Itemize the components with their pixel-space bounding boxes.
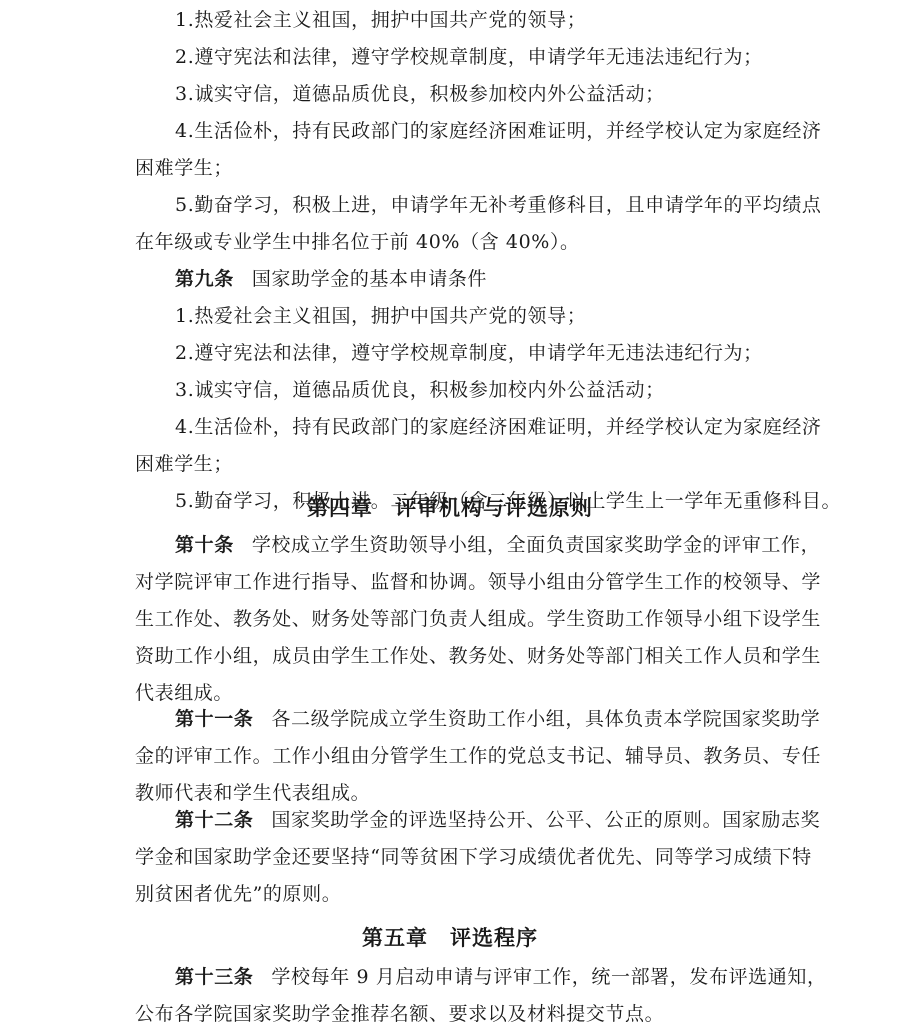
document-page: 1.热爱社会主义祖国，拥护中国共产党的领导；2.遵守宪法和法律，遵守学校规章制度… xyxy=(0,0,900,1031)
article9-text: 国家助学金的基本申请条件 xyxy=(252,268,487,290)
chapter4-heading: 第四章评审机构与评选原则 xyxy=(0,495,900,521)
article9-label: 第九条 xyxy=(175,268,234,290)
chapter4-title: 评审机构与评选原则 xyxy=(395,496,593,520)
paragraph-line: 4.生活俭朴，持有民政部门的家庭经济困难证明，并经学校认定为家庭经济 xyxy=(175,119,815,143)
chapter4-number: 第四章 xyxy=(307,496,373,520)
paragraph-line: 1.热爱社会主义祖国，拥护中国共产党的领导； xyxy=(175,304,815,328)
article11-first-line: 第十一条各二级学院成立学生资助工作小组，具体负责本学院国家奖助学 xyxy=(175,707,815,731)
chapter5-title: 评选程序 xyxy=(450,926,538,950)
paragraph-line: 1.热爱社会主义祖国，拥护中国共产党的领导； xyxy=(175,8,815,32)
paragraph-line: 教师代表和学生代表组成。 xyxy=(135,781,775,805)
article13-first-line: 第十三条学校每年 9 月启动申请与评审工作，统一部署，发布评选通知， xyxy=(175,965,815,989)
paragraph-line: 公布各学院国家奖助学金推荐名额、要求以及材料提交节点。 xyxy=(135,1002,775,1026)
article10-first-line: 第十条学校成立学生资助领导小组，全面负责国家奖助学金的评审工作， xyxy=(175,533,815,557)
paragraph-line: 学金和国家助学金还要坚持“同等贫困下学习成绩优者优先、同等学习成绩下特 xyxy=(135,845,775,869)
paragraph-line: 2.遵守宪法和法律，遵守学校规章制度，申请学年无违法违纪行为； xyxy=(175,341,815,365)
paragraph-line: 对学院评审工作进行指导、监督和协调。领导小组由分管学生工作的校领导、学 xyxy=(135,570,775,594)
chapter5-number: 第五章 xyxy=(362,926,428,950)
paragraph-line: 金的评审工作。工作小组由分管学生工作的党总支书记、辅导员、教务员、专任 xyxy=(135,744,775,768)
article12-first-line: 第十二条国家奖助学金的评选坚持公开、公平、公正的原则。国家励志奖 xyxy=(175,808,815,832)
article12-label: 第十二条 xyxy=(175,809,253,831)
paragraph-line: 在年级或专业学生中排名位于前 40%（含 40%）。 xyxy=(135,230,775,254)
article10-label: 第十条 xyxy=(175,534,234,556)
article13-text: 学校每年 9 月启动申请与评审工作，统一部署，发布评选通知， xyxy=(271,966,826,988)
paragraph-line: 别贫困者优先”的原则。 xyxy=(135,882,775,906)
article11-label: 第十一条 xyxy=(175,708,253,730)
article11-text: 各二级学院成立学生资助工作小组，具体负责本学院国家奖助学 xyxy=(271,708,820,730)
article12-text: 国家奖助学金的评选坚持公开、公平、公正的原则。国家励志奖 xyxy=(271,809,820,831)
paragraph-line: 困难学生； xyxy=(135,156,775,180)
paragraph-line: 4.生活俭朴，持有民政部门的家庭经济困难证明，并经学校认定为家庭经济 xyxy=(175,415,815,439)
article13-label: 第十三条 xyxy=(175,966,253,988)
paragraph-line: 2.遵守宪法和法律，遵守学校规章制度，申请学年无违法违纪行为； xyxy=(175,45,815,69)
paragraph-line: 代表组成。 xyxy=(135,681,775,705)
paragraph-line: 生工作处、教务处、财务处等部门负责人组成。学生资助工作领导小组下设学生 xyxy=(135,607,775,631)
paragraph-line: 资助工作小组，成员由学生工作处、教务处、财务处等部门相关工作人员和学生 xyxy=(135,644,775,668)
paragraph-line: 3.诚实守信，道德品质优良，积极参加校内外公益活动； xyxy=(175,378,815,402)
article10-text: 学校成立学生资助领导小组，全面负责国家奖助学金的评审工作， xyxy=(252,534,820,556)
chapter5-heading: 第五章评选程序 xyxy=(0,925,900,951)
article9-first-line: 第九条国家助学金的基本申请条件 xyxy=(175,267,815,291)
paragraph-line: 3.诚实守信，道德品质优良，积极参加校内外公益活动； xyxy=(175,82,815,106)
paragraph-line: 5.勤奋学习，积极上进，申请学年无补考重修科目，且申请学年的平均绩点 xyxy=(175,193,815,217)
paragraph-line: 困难学生； xyxy=(135,452,775,476)
